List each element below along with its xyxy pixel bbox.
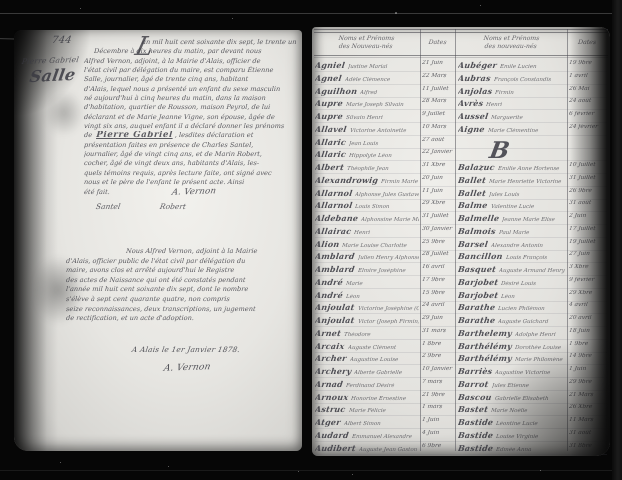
index-given-names: Henri <box>354 230 371 236</box>
table-rule <box>314 57 608 58</box>
index-given-names: Léon <box>501 294 515 300</box>
index-surname: Anjoulat <box>315 302 355 312</box>
index-surname: Aupre <box>315 111 344 121</box>
index-given-names: Marie Henriette Victorine <box>489 179 562 185</box>
index-given-names: Victorine Joséphine (Charland) <box>357 306 419 312</box>
act-line: d'Alais, lequel nous a présenté un enfan… <box>84 85 301 94</box>
index-surname: Allarnol <box>315 188 353 198</box>
index-date: 21 Juin <box>422 60 443 66</box>
index-given-names: Victor (Joseph Firmin) <box>357 319 419 325</box>
index-given-names: Adèle Clémence <box>344 77 390 83</box>
index-given-names: Henri <box>486 102 503 108</box>
index-given-names: Alphonse Jules Gustave (Richard) <box>355 192 419 198</box>
closing-line: maire, avons clos et arrêté aujourd'hui … <box>66 266 297 276</box>
index-surname: André <box>315 290 344 300</box>
column-header-dates: Dates <box>421 39 455 47</box>
row-rule <box>315 71 607 72</box>
microfilm-scan: 744 Pierre Gabriel Salle L an mil huit c… <box>0 0 622 480</box>
index-surname: Ballet <box>458 188 487 198</box>
index-date: 16 avril <box>422 264 445 270</box>
index-given-names: Émile Lucien <box>500 64 537 70</box>
index-names-column-left: AgnielJustine MarialAgnelAdèle ClémenceA… <box>315 60 419 455</box>
row-rule <box>315 275 607 276</box>
index-surname: Barjobet <box>458 290 499 300</box>
index-surname: Barjobet <box>458 277 499 287</box>
act-line: cocher, âgé de vingt deux ans, habitants… <box>84 159 301 168</box>
act-line: l'état civil par délégation du maire, es… <box>84 66 301 75</box>
index-surname: Amblard <box>315 264 355 274</box>
act-line: an mil huit cent soixante dix sept, le t… <box>142 38 301 47</box>
index-surname: Aldebane <box>315 213 359 223</box>
act-line: présentation faites en présence de Charl… <box>84 141 301 150</box>
index-date: 4 Juin <box>422 430 440 436</box>
index-given-names: Désiré Louis <box>501 281 537 287</box>
row-rule <box>315 84 607 85</box>
index-date: 2 9bre <box>422 353 441 359</box>
index-surname: André <box>315 277 344 287</box>
index-date: 31 mars <box>422 328 446 334</box>
index-given-names: Auguste Guichard <box>498 319 549 325</box>
row-rule <box>315 122 607 123</box>
act-line: Décembre à dix heures du matin, par deva… <box>94 47 301 56</box>
film-speck <box>168 466 169 467</box>
index-surname: Barsel <box>458 239 489 249</box>
film-corner-shadow <box>460 336 610 456</box>
index-surname: Anjoulat <box>315 315 355 325</box>
act-line: Salle, journalier, âgé de trente cinq an… <box>84 75 301 84</box>
index-given-names: Emmanuel Alexandre <box>351 434 412 440</box>
index-given-names: Julien Henry Alphonse <box>357 255 419 261</box>
film-speck <box>298 471 299 472</box>
closing-line: de rectification, et un acte d'adoption. <box>66 314 297 324</box>
index-date: 31 Juillet <box>422 213 449 219</box>
index-given-names: Honorine Ernestine <box>351 396 407 402</box>
index-date: 15 9bre <box>422 290 445 296</box>
index-given-names: Silvain Henri <box>346 115 383 121</box>
index-given-names: Jules Louis <box>489 192 520 198</box>
index-date: 7 mars <box>422 379 443 385</box>
act-paragraph: an mil huit cent soixante dix sept, le t… <box>84 38 300 131</box>
index-date: 28 Mars <box>422 98 447 104</box>
row-rule <box>315 160 607 161</box>
header-line: Noms et Prénoms <box>316 35 417 43</box>
index-surname: Allarnol <box>315 200 353 210</box>
index-date: 30 Janvier <box>422 226 452 232</box>
act-line: quels témoins requis, après lecture fait… <box>84 169 301 178</box>
row-rule <box>315 313 607 314</box>
index-given-names: Marguerite <box>491 115 523 121</box>
index-surname: Barathe <box>458 302 496 312</box>
index-surname: Audibert <box>315 443 357 453</box>
index-surname: Arnoux <box>315 392 349 402</box>
index-surname: Allaric <box>315 137 347 147</box>
index-given-names: Hippolyte Léon <box>349 153 392 159</box>
row-rule <box>315 97 607 98</box>
index-date: 11 Juillet <box>422 86 449 92</box>
index-date: 17 9bre <box>422 277 445 283</box>
row-rule <box>315 224 607 225</box>
index-date: 22 Janvier <box>422 149 452 155</box>
act-name-line: de Pierre Gabriel, lesdites déclaration … <box>84 131 301 140</box>
table-rule <box>314 32 608 33</box>
index-given-names: Ferdinand Désiré <box>346 383 395 389</box>
row-rule <box>315 326 607 327</box>
index-given-names: François Constandis <box>493 77 551 83</box>
index-date: 10 Mars <box>422 124 447 130</box>
witness-signature: Santel <box>95 202 121 211</box>
row-rule <box>315 148 607 149</box>
index-surname: Albert <box>315 162 345 172</box>
index-given-names: Jeanne Marie Élise <box>502 217 555 223</box>
index-surname: Balme <box>458 200 488 210</box>
index-surname: Balmelle <box>458 213 500 223</box>
register-left-page: 744 Pierre Gabriel Salle L an mil huit c… <box>14 30 302 451</box>
index-surname: Alexandrowig <box>315 175 379 185</box>
index-given-names: Théodore <box>344 332 371 338</box>
index-surname: Allaric <box>315 149 347 159</box>
index-surname: Allavel <box>315 124 347 134</box>
index-date: 20 Juin <box>422 175 443 181</box>
index-surname: Bancillon <box>458 251 503 261</box>
film-speck <box>480 5 481 6</box>
closing-dateline: A Alais le 1er Janvier 1878. <box>131 345 241 354</box>
closing-line: l'année mil huit cent soixante dix sept,… <box>66 285 297 295</box>
index-surname: Anjolas <box>458 86 493 96</box>
index-surname: Balazuc <box>458 162 496 172</box>
index-surname: Archer <box>315 353 347 363</box>
index-given-names: Justine Marial <box>348 64 388 70</box>
index-surname: Archery <box>315 366 352 376</box>
row-rule <box>315 237 607 238</box>
table-rule <box>314 55 608 56</box>
film-speck <box>232 18 233 19</box>
index-date: 22 Mars <box>422 73 447 79</box>
index-surname: Astruc <box>315 404 346 414</box>
index-given-names: Augustine Louise <box>349 357 398 363</box>
row-rule <box>315 250 607 251</box>
index-date: 21 9bre <box>422 392 445 398</box>
index-date: 6 9bre <box>422 443 441 449</box>
closing-line: s'élève à sept cent quarante quatre, non… <box>66 295 297 305</box>
index-surname: Audard <box>315 430 350 440</box>
row-rule <box>315 186 607 187</box>
index-given-names: Elmire Joséphine <box>357 268 405 274</box>
act-line: Alfred Vernon, adjoint, à la Mairie d'Al… <box>84 57 301 66</box>
closing-signature: A. Vernon <box>163 362 212 374</box>
act-line: d'habitation, quartier de Rousson, maiso… <box>84 103 301 112</box>
row-rule <box>315 262 607 263</box>
index-given-names: Auguste Clément <box>347 345 396 351</box>
index-given-names: Valentine Lucie <box>490 204 534 210</box>
index-date: 1 8bre <box>422 341 441 347</box>
index-given-names: Marie Joseph Silvain <box>346 102 404 108</box>
index-surname: Aigne <box>458 124 485 134</box>
index-given-names: Auguste Armand Henry <box>499 268 565 274</box>
index-surname: Amblard <box>315 251 355 261</box>
film-edge <box>612 0 622 480</box>
closing-line: des actes de Naissance qui ont été const… <box>66 276 297 286</box>
birth-act-text: L an mil huit cent soixante dix sept, le… <box>84 38 300 197</box>
row-rule <box>315 109 607 110</box>
column-header-names: Noms et Prénoms des Nouveau-nés <box>315 35 417 51</box>
index-surname: Balmois <box>458 226 496 236</box>
index-given-names: Alberte Gabrielle <box>354 370 403 376</box>
film-speck <box>540 470 541 471</box>
index-surname: Arcaix <box>315 341 345 351</box>
index-date: 27 août <box>422 137 445 143</box>
index-given-names: Louis Simon <box>355 204 390 210</box>
index-surname: Aussel <box>458 111 489 121</box>
index-given-names: Firmin <box>495 90 514 96</box>
ink-smudge <box>44 90 84 136</box>
act-name-suffix: , lesdites déclaration et <box>175 131 254 139</box>
table-rule <box>420 29 421 451</box>
index-surname: Barathe <box>458 315 496 325</box>
index-surname: Agnel <box>315 73 342 83</box>
index-given-names: Louis François <box>505 255 547 261</box>
row-rule <box>315 135 607 136</box>
section-letter: B <box>456 137 568 163</box>
closing-line: d'Alais, officier public de l'état civil… <box>66 257 297 267</box>
index-date: 25 9bre <box>422 239 445 245</box>
row-rule <box>315 199 607 200</box>
margin-surname: Salle <box>28 65 77 86</box>
film-scratch <box>0 470 622 471</box>
register-closing-text: Nous Alfred Vernon, adjoint à la Mairied… <box>66 247 296 324</box>
index-date: 28 Juillet <box>422 251 449 257</box>
film-speck <box>60 462 61 463</box>
index-surname: Aguilhon <box>315 86 358 96</box>
header-line: des Nouveau-nés <box>315 43 416 51</box>
index-given-names: Léon <box>346 294 360 300</box>
index-given-names: Théophile Jean <box>347 166 389 172</box>
index-date: 1 Juin <box>422 417 440 423</box>
film-speck <box>352 474 353 475</box>
row-rule <box>315 173 607 174</box>
index-surname: Allairac <box>315 226 352 236</box>
index-given-names: Alexandre Antonin <box>491 243 544 249</box>
index-given-names: Marie <box>346 281 363 287</box>
act-line: déclarant et de Marie Jeanne Vigne, son … <box>84 113 301 122</box>
film-speck <box>80 8 81 9</box>
index-date: 29 Xbre <box>422 200 446 206</box>
film-speck <box>395 12 397 14</box>
index-given-names: Alfred <box>360 90 378 96</box>
index-surname: Atger <box>315 417 341 427</box>
act-number: 744 <box>51 35 72 46</box>
index-date: 10 Janvier <box>422 366 452 372</box>
index-right-page: Noms et Prénoms des Nouveau-nés Dates No… <box>312 27 610 456</box>
closing-line: Nous Alfred Vernon, adjoint à la Mairie <box>126 247 297 257</box>
closing-line: seize reconnaissances, deux transcriptio… <box>66 305 297 315</box>
index-surname: Aubras <box>458 73 491 83</box>
header-line: des nouveau-nés <box>457 43 564 51</box>
index-given-names: Jean Louis <box>349 141 379 147</box>
row-rule <box>315 211 607 212</box>
index-surname: Aupre <box>315 98 344 108</box>
officer-signature: A. Vernon <box>171 186 217 198</box>
index-given-names: Marie Clémentine <box>487 128 538 134</box>
row-rule <box>315 288 607 289</box>
index-date: 29 Juin <box>422 315 443 321</box>
index-surname: Arnad <box>315 379 344 389</box>
index-given-names: Victorine Antoinette <box>349 128 406 134</box>
index-given-names: Auguste Jean Gaston <box>359 447 418 453</box>
table-rule <box>314 29 608 30</box>
index-surname: Arnet <box>315 328 342 338</box>
index-given-names: Alphonsine Marie Madeleine <box>361 217 419 223</box>
index-surname: Basquet <box>458 264 497 274</box>
witness-signature: Robert <box>159 202 187 211</box>
index-given-names: Albert Simon <box>343 421 380 427</box>
act-line: né aujourd'hui à cinq heures du matin, d… <box>84 94 301 103</box>
index-surname: Alion <box>315 239 340 249</box>
header-line: Noms et Prénoms <box>458 35 565 43</box>
index-given-names: Firmin Marie <box>381 179 419 185</box>
index-surname: Agniel <box>315 60 346 70</box>
index-given-names: Lucien Philémon <box>498 306 545 312</box>
film-scratch <box>0 13 622 14</box>
index-dates-column-left: 21 Juin22 Mars11 Juillet28 Mars9 Juillet… <box>422 60 454 455</box>
index-date: 11 Juin <box>422 188 443 194</box>
row-rule <box>315 301 607 302</box>
index-date: 1 mars <box>422 404 443 410</box>
index-surname: Ballet <box>458 175 487 185</box>
child-name: Pierre Gabriel <box>96 131 173 140</box>
column-header-names: Noms et Prénoms des nouveau-nés <box>457 35 565 51</box>
index-surname: Aubéger <box>458 60 498 70</box>
index-surname: Avrès <box>458 98 484 108</box>
index-date: 9 Juillet <box>422 111 445 117</box>
index-given-names: Paul Marie <box>498 230 529 236</box>
index-date: 24 avril <box>422 302 445 308</box>
index-given-names: Marie Félicie <box>348 408 385 414</box>
act-name-prefix: de <box>84 131 95 139</box>
index-given-names: Marie Louise Charlotte <box>342 243 407 249</box>
index-given-names: Émilie Anne Hortense <box>497 166 559 172</box>
table-rule <box>455 29 456 451</box>
index-date: 31 Xbre <box>422 162 446 168</box>
